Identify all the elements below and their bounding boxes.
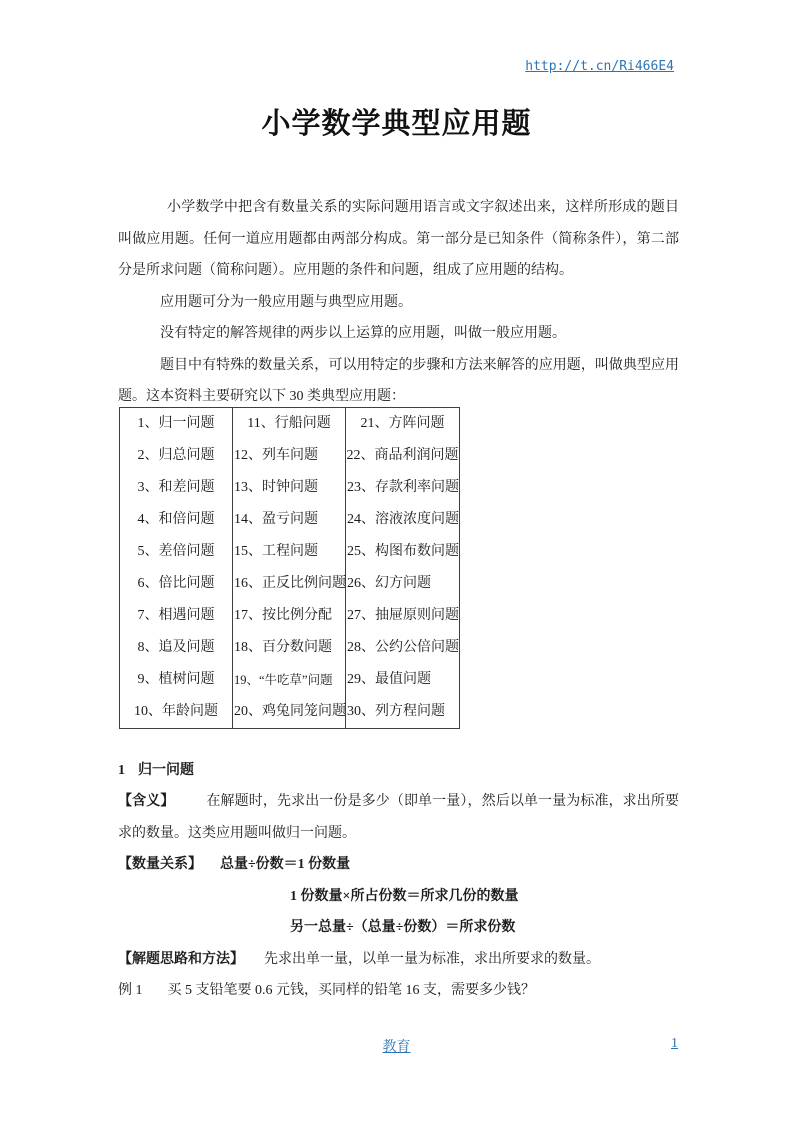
table-cell: 13、时钟问题 [233,472,345,504]
section-number: 1 [118,763,125,778]
table-cell: 4、和倍问题 [120,504,232,536]
table-cell: 24、溶液浓度问题 [346,504,459,536]
table-cell: 20、鸡兔同笼问题 [233,696,345,728]
section-heading: 1归一问题 [118,755,679,787]
page-title: 小学数学典型应用题 [0,102,793,146]
example-text: 买 5 支铅笔要 0.6 元钱，买同样的铅笔 16 支，需要多少钱？ [168,983,536,998]
table-cell: 1、归一问题 [120,408,232,440]
table-cell: 9、植树问题 [120,664,232,696]
example-label: 例 1 [118,983,143,998]
problem-types-table: 1、归一问题2、归总问题3、和差问题4、和倍问题5、差倍问题6、倍比问题7、相遇… [119,407,460,729]
document-page: http://t.cn/Ri466E4 小学数学典型应用题 小学数学中把含有数量… [0,0,793,1122]
table-cell: 19、“牛吃草”问题 [233,664,345,696]
meaning-paragraph: 【含义】在解题时，先求出一份是多少（即单一量），然后以单一量为标准，求出所要求的… [118,786,679,849]
meaning-text: 在解题时，先求出一份是多少（即单一量），然后以单一量为标准，求出所要求的数量。这… [118,794,679,841]
table-cell: 21、方阵问题 [346,408,459,440]
relation-label: 【数量关系】 [118,857,202,872]
table-cell: 6、倍比问题 [120,568,232,600]
header-link[interactable]: http://t.cn/Ri466E4 [525,59,674,74]
document-body: 小学数学中把含有数量关系的实际问题用语言或文字叙述出来，这样所形成的题目叫做应用… [118,192,679,1007]
table-cell: 23、存款利率问题 [346,472,459,504]
table-cell: 14、盈亏问题 [233,504,345,536]
table-cell: 27、抽屉原则问题 [346,600,459,632]
footer-link[interactable]: 教育 [383,1040,411,1055]
table-cell: 10、年龄问题 [120,696,232,728]
intro-paragraph: 应用题可分为一般应用题与典型应用题。 [118,287,679,319]
table-cell: 15、工程问题 [233,536,345,568]
table-cell: 5、差倍问题 [120,536,232,568]
relation-formula-3: 另一总量÷（总量÷份数）＝所求份数 [290,912,679,944]
relation-formula-1: 总量÷份数＝1 份数量 [220,857,350,872]
meaning-label: 【含义】 [118,794,174,809]
intro-paragraph: 小学数学中把含有数量关系的实际问题用语言或文字叙述出来，这样所形成的题目叫做应用… [118,192,679,287]
table-cell: 29、最值问题 [346,664,459,696]
table-column: 11、行船问题12、列车问题13、时钟问题14、盈亏问题15、工程问题16、正反… [232,408,345,728]
table-column: 1、归一问题2、归总问题3、和差问题4、和倍问题5、差倍问题6、倍比问题7、相遇… [120,408,232,728]
table-cell: 25、构图布数问题 [346,536,459,568]
table-cell: 2、归总问题 [120,440,232,472]
page-number-link[interactable]: 1 [671,1036,678,1052]
method-paragraph: 【解题思路和方法】先求出单一量，以单一量为标准，求出所要求的数量。 [118,944,679,976]
table-cell: 28、公约公倍问题 [346,632,459,664]
table-cell: 22、商品利润问题 [346,440,459,472]
section-title: 归一问题 [138,763,194,778]
table-column: 21、方阵问题22、商品利润问题23、存款利率问题24、溶液浓度问题25、构图布… [345,408,459,728]
table-cell: 17、按比例分配 [233,600,345,632]
table-cell: 16、正反比例问题 [233,568,345,600]
table-cell: 30、列方程问题 [346,696,459,728]
table-cell: 12、列车问题 [233,440,345,472]
relation-paragraph: 【数量关系】总量÷份数＝1 份数量 [118,849,679,881]
relation-formula-2: 1 份数量×所占份数＝所求几份的数量 [290,881,679,913]
intro-paragraph: 题目中有特殊的数量关系，可以用特定的步骤和方法来解答的应用题，叫做典型应用题。这… [118,350,679,413]
method-label: 【解题思路和方法】 [118,952,244,967]
intro-paragraph: 没有特定的解答规律的两步以上运算的应用题，叫做一般应用题。 [118,318,679,350]
table-cell: 18、百分数问题 [233,632,345,664]
method-text: 先求出单一量，以单一量为标准，求出所要求的数量。 [264,952,600,967]
table-cell: 26、幻方问题 [346,568,459,600]
table-cell: 7、相遇问题 [120,600,232,632]
table-cell: 11、行船问题 [233,408,345,440]
document-header: http://t.cn/Ri466E4 [0,0,793,75]
document-footer: 教育 1 [0,1036,793,1058]
example-paragraph: 例 1买 5 支铅笔要 0.6 元钱，买同样的铅笔 16 支，需要多少钱？ [118,975,679,1007]
table-cell: 3、和差问题 [120,472,232,504]
table-cell: 8、追及问题 [120,632,232,664]
